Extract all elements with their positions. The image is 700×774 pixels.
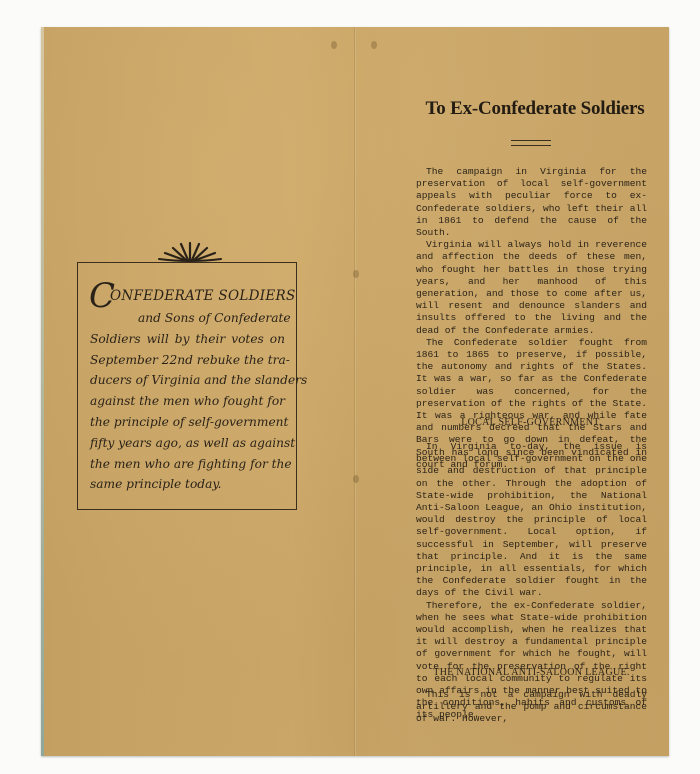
crease-mark [331,41,337,49]
section-anti-saloon-body: This is not a campaign with deadly artil… [416,689,647,726]
callout-text: and Sons of Confederate Soldiers will by… [90,308,285,495]
callout-line: and Sons of Confederate [90,308,285,329]
crease-mark [353,270,359,278]
callout-heading: ONFEDERATE SOLDIERS [110,288,285,304]
paragraph: This is not a campaign with deadly artil… [416,689,647,726]
section-heading: LOCAL SELF-GOVERNMENT. [416,417,647,429]
sunburst-fan-ornament-icon [155,240,225,262]
callout-line: the men who are fighting for the [90,454,285,475]
page-title: To Ex-Confederate Soldiers [405,98,665,120]
paragraph: In Virginia to-day, the issue is between… [416,441,647,600]
section-anti-saloon-league: THE NATIONAL ANTI-SALOON LEAGUE. [416,667,647,679]
section-local-self-government: LOCAL SELF-GOVERNMENT. [416,417,647,429]
crease-mark [353,475,359,483]
center-fold [354,27,356,756]
paragraph: The campaign in Virginia for the preserv… [416,166,647,239]
paper-edge [41,27,44,756]
callout-line: against the men who fought for [90,391,285,412]
section-heading: THE NATIONAL ANTI-SALOON LEAGUE. [416,667,647,679]
double-rule-divider [511,140,551,146]
crease-mark [371,41,377,49]
callout-line: Soldiers will by their votes on [90,329,285,350]
section-local-body: In Virginia to-day, the issue is between… [416,441,647,722]
callout-line: September 22nd rebuke the tra- [90,350,285,371]
callout-line: same principle today. [90,474,285,495]
paragraph: Virginia will always hold in reverence a… [416,239,647,337]
callout-line: fifty years ago, as well as against [90,433,285,454]
callout-line: the principle of self-government [90,412,285,433]
callout-line: ducers of Virginia and the slanders [90,370,285,391]
